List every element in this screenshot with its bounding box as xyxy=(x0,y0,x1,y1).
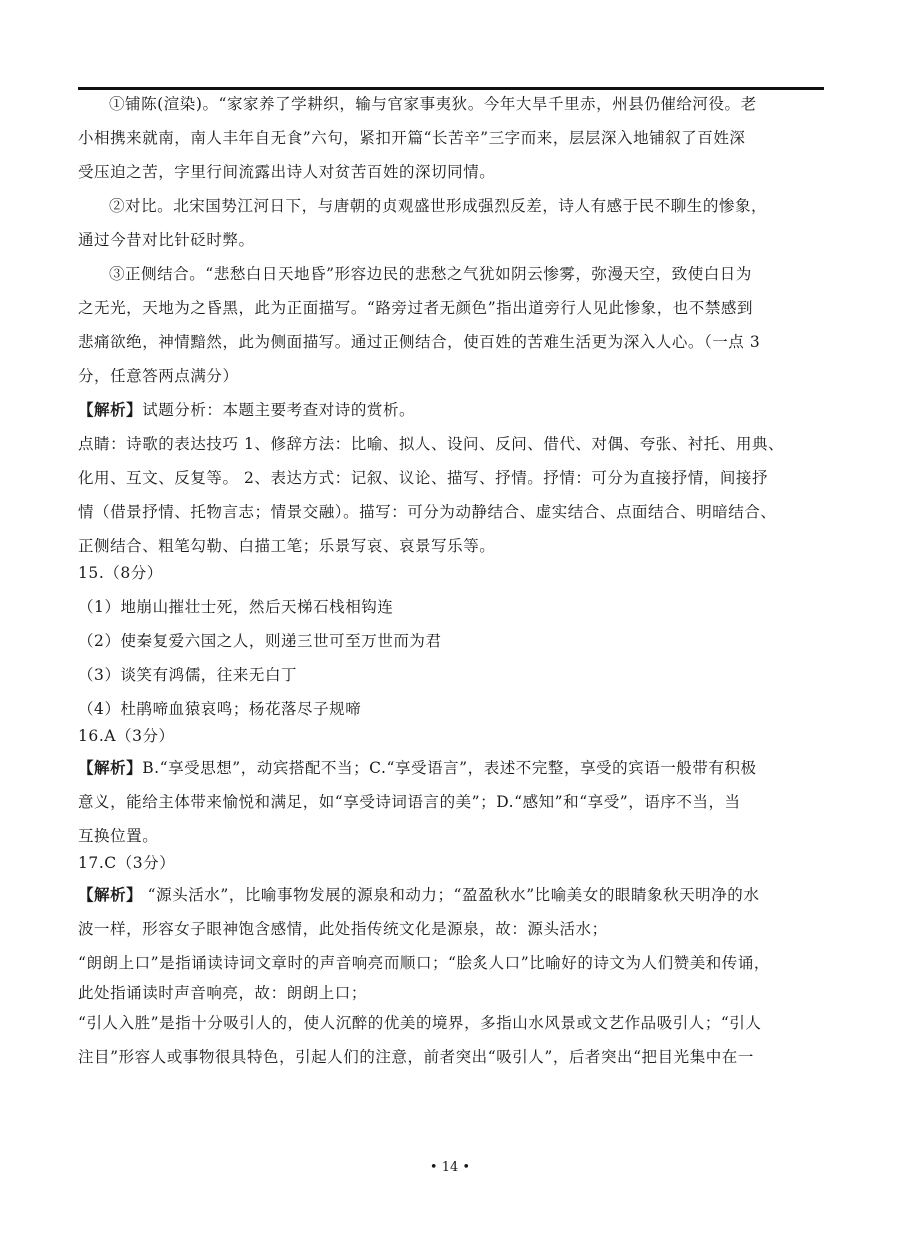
text-line: ②对比。北宋国势江河日下，与唐朝的贞观盛世形成强烈反差，诗人有感于民不聊生的惨象… xyxy=(78,196,826,216)
analysis-text: 试题分析：本题主要考查对诗的赏析。 xyxy=(142,401,415,419)
text-line: 意义，能给主体带来愉悦和满足，如“享受诗词语言的美”；D.“感知”和“享受”，语… xyxy=(78,792,826,812)
text-line: 小相携来就南，南人丰年自无食”六句，紧扣开篇“长苦辛”三字而来，层层深入地铺叙了… xyxy=(78,128,826,148)
header-rule xyxy=(78,87,824,90)
analysis-14: 【解析】试题分析：本题主要考查对诗的赏析。 xyxy=(78,400,826,420)
text-line: 通过今昔对比针砭时弊。 xyxy=(78,230,826,250)
answer-line: （3）谈笑有鸿儒，往来无白丁 xyxy=(78,665,826,685)
text-line: 互换位置。 xyxy=(78,826,826,846)
page-number: • 14 • xyxy=(0,1160,900,1175)
text-line: 正侧结合、粗笔勾勒、白描工笔；乐景写哀、哀景写乐等。 xyxy=(78,536,826,556)
text-line: ③正侧结合。“悲愁白日天地昏”形容边民的悲愁之气犹如阴云惨雾，弥漫天空，致使白日… xyxy=(78,264,826,284)
page-content: ①铺陈(渲染)。“家家养了学耕织，输与官家事夷狄。今年大旱千里赤，州县仍催给河役… xyxy=(78,92,826,1067)
question-title: 16.A（3分） xyxy=(78,726,826,746)
point-1: ①铺陈(渲染)。“家家养了学耕织，输与官家事夷狄。今年大旱千里赤，州县仍催给河役… xyxy=(78,94,826,182)
question-title: 15.（8分） xyxy=(78,563,826,583)
text-line: 之无光，天地为之昏黑，此为正面描写。“路旁过者无颜色”指出道旁行人见此惨象，也不… xyxy=(78,298,826,318)
answer-line: （4）杜鹃啼血猿哀鸣；杨花落尽子规啼 xyxy=(78,699,826,719)
dianjing-block: 点睛：诗歌的表达技巧 1、修辞方法：比喻、拟人、设问、反问、借代、对偶、夸张、衬… xyxy=(78,434,826,556)
analysis-line: 【解析】B.“享受思想”，动宾搭配不当；C.“享受语言”，表述不完整，享受的宾语… xyxy=(78,758,826,778)
analysis-label: 【解析】 xyxy=(78,885,142,904)
text-line: “引人入胜”是指十分吸引人的，使人沉醉的优美的境界，多指山水风景或文艺作品吸引人… xyxy=(78,1013,826,1033)
question-17: 17.C（3分） 【解析】 “源头活水”，比喻事物发展的源泉和动力；“盈盈秋水”… xyxy=(78,853,826,1067)
text-line: 化用、互文、反复等。 2、表达方式：记叙、议论、描写、抒情。抒情：可分为直接抒情… xyxy=(78,468,826,488)
text-line: 分，任意答两点满分） xyxy=(78,366,826,386)
analysis-text: B.“享受思想”，动宾搭配不当；C.“享受语言”，表述不完整，享受的宾语一般带有… xyxy=(142,759,756,777)
point-2: ②对比。北宋国势江河日下，与唐朝的贞观盛世形成强烈反差，诗人有感于民不聊生的惨象… xyxy=(78,196,826,250)
text-line: 点睛：诗歌的表达技巧 1、修辞方法：比喻、拟人、设问、反问、借代、对偶、夸张、衬… xyxy=(78,434,826,454)
question-16: 16.A（3分） 【解析】B.“享受思想”，动宾搭配不当；C.“享受语言”，表述… xyxy=(78,726,826,846)
question-15: 15.（8分） （1）地崩山摧壮士死，然后天梯石栈相钩连 （2）使秦复爱六国之人… xyxy=(78,563,826,719)
text-line: 情（借景抒情、托物言志；情景交融）。描写：可分为动静结合、虚实结合、点面结合、明… xyxy=(78,502,826,522)
analysis-label: 【解析】 xyxy=(78,758,142,777)
text-line: 注目”形容人或事物很具特色，引起人们的注意，前者突出“吸引人”，后者突出“把目光… xyxy=(78,1047,826,1067)
text-line: ①铺陈(渲染)。“家家养了学耕织，输与官家事夷狄。今年大旱千里赤，州县仍催给河役… xyxy=(78,94,826,114)
text-line: 此处指诵读时声音响亮，故：朗朗上口； xyxy=(78,983,826,1003)
text-line: 波一样，形容女子眼神饱含感情，此处指传统文化是源泉，故：源头活水； xyxy=(78,919,826,939)
point-3: ③正侧结合。“悲愁白日天地昏”形容边民的悲愁之气犹如阴云惨雾，弥漫天空，致使白日… xyxy=(78,264,826,386)
text-line: 受压迫之苦，字里行间流露出诗人对贫苦百姓的深切同情。 xyxy=(78,162,826,182)
analysis-label: 【解析】 xyxy=(78,400,142,419)
text-line: 悲痛欲绝，神情黯然，此为侧面描写。通过正侧结合，使百姓的苦难生活更为深入人心。（… xyxy=(78,332,826,352)
question-title: 17.C（3分） xyxy=(78,853,826,873)
answer-line: （2）使秦复爱六国之人，则递三世可至万世而为君 xyxy=(78,631,826,651)
analysis-text: “源头活水”，比喻事物发展的源泉和动力；“盈盈秋水”比喻美女的眼睛象秋天明净的水 xyxy=(142,886,759,904)
text-line: “朗朗上口”是指诵读诗词文章时的声音响亮而顺口；“脍炙人口”比喻好的诗文为人们赞… xyxy=(78,953,826,973)
analysis-line: 【解析】 “源头活水”，比喻事物发展的源泉和动力；“盈盈秋水”比喻美女的眼睛象秋… xyxy=(78,885,826,905)
answer-line: （1）地崩山摧壮士死，然后天梯石栈相钩连 xyxy=(78,597,826,617)
